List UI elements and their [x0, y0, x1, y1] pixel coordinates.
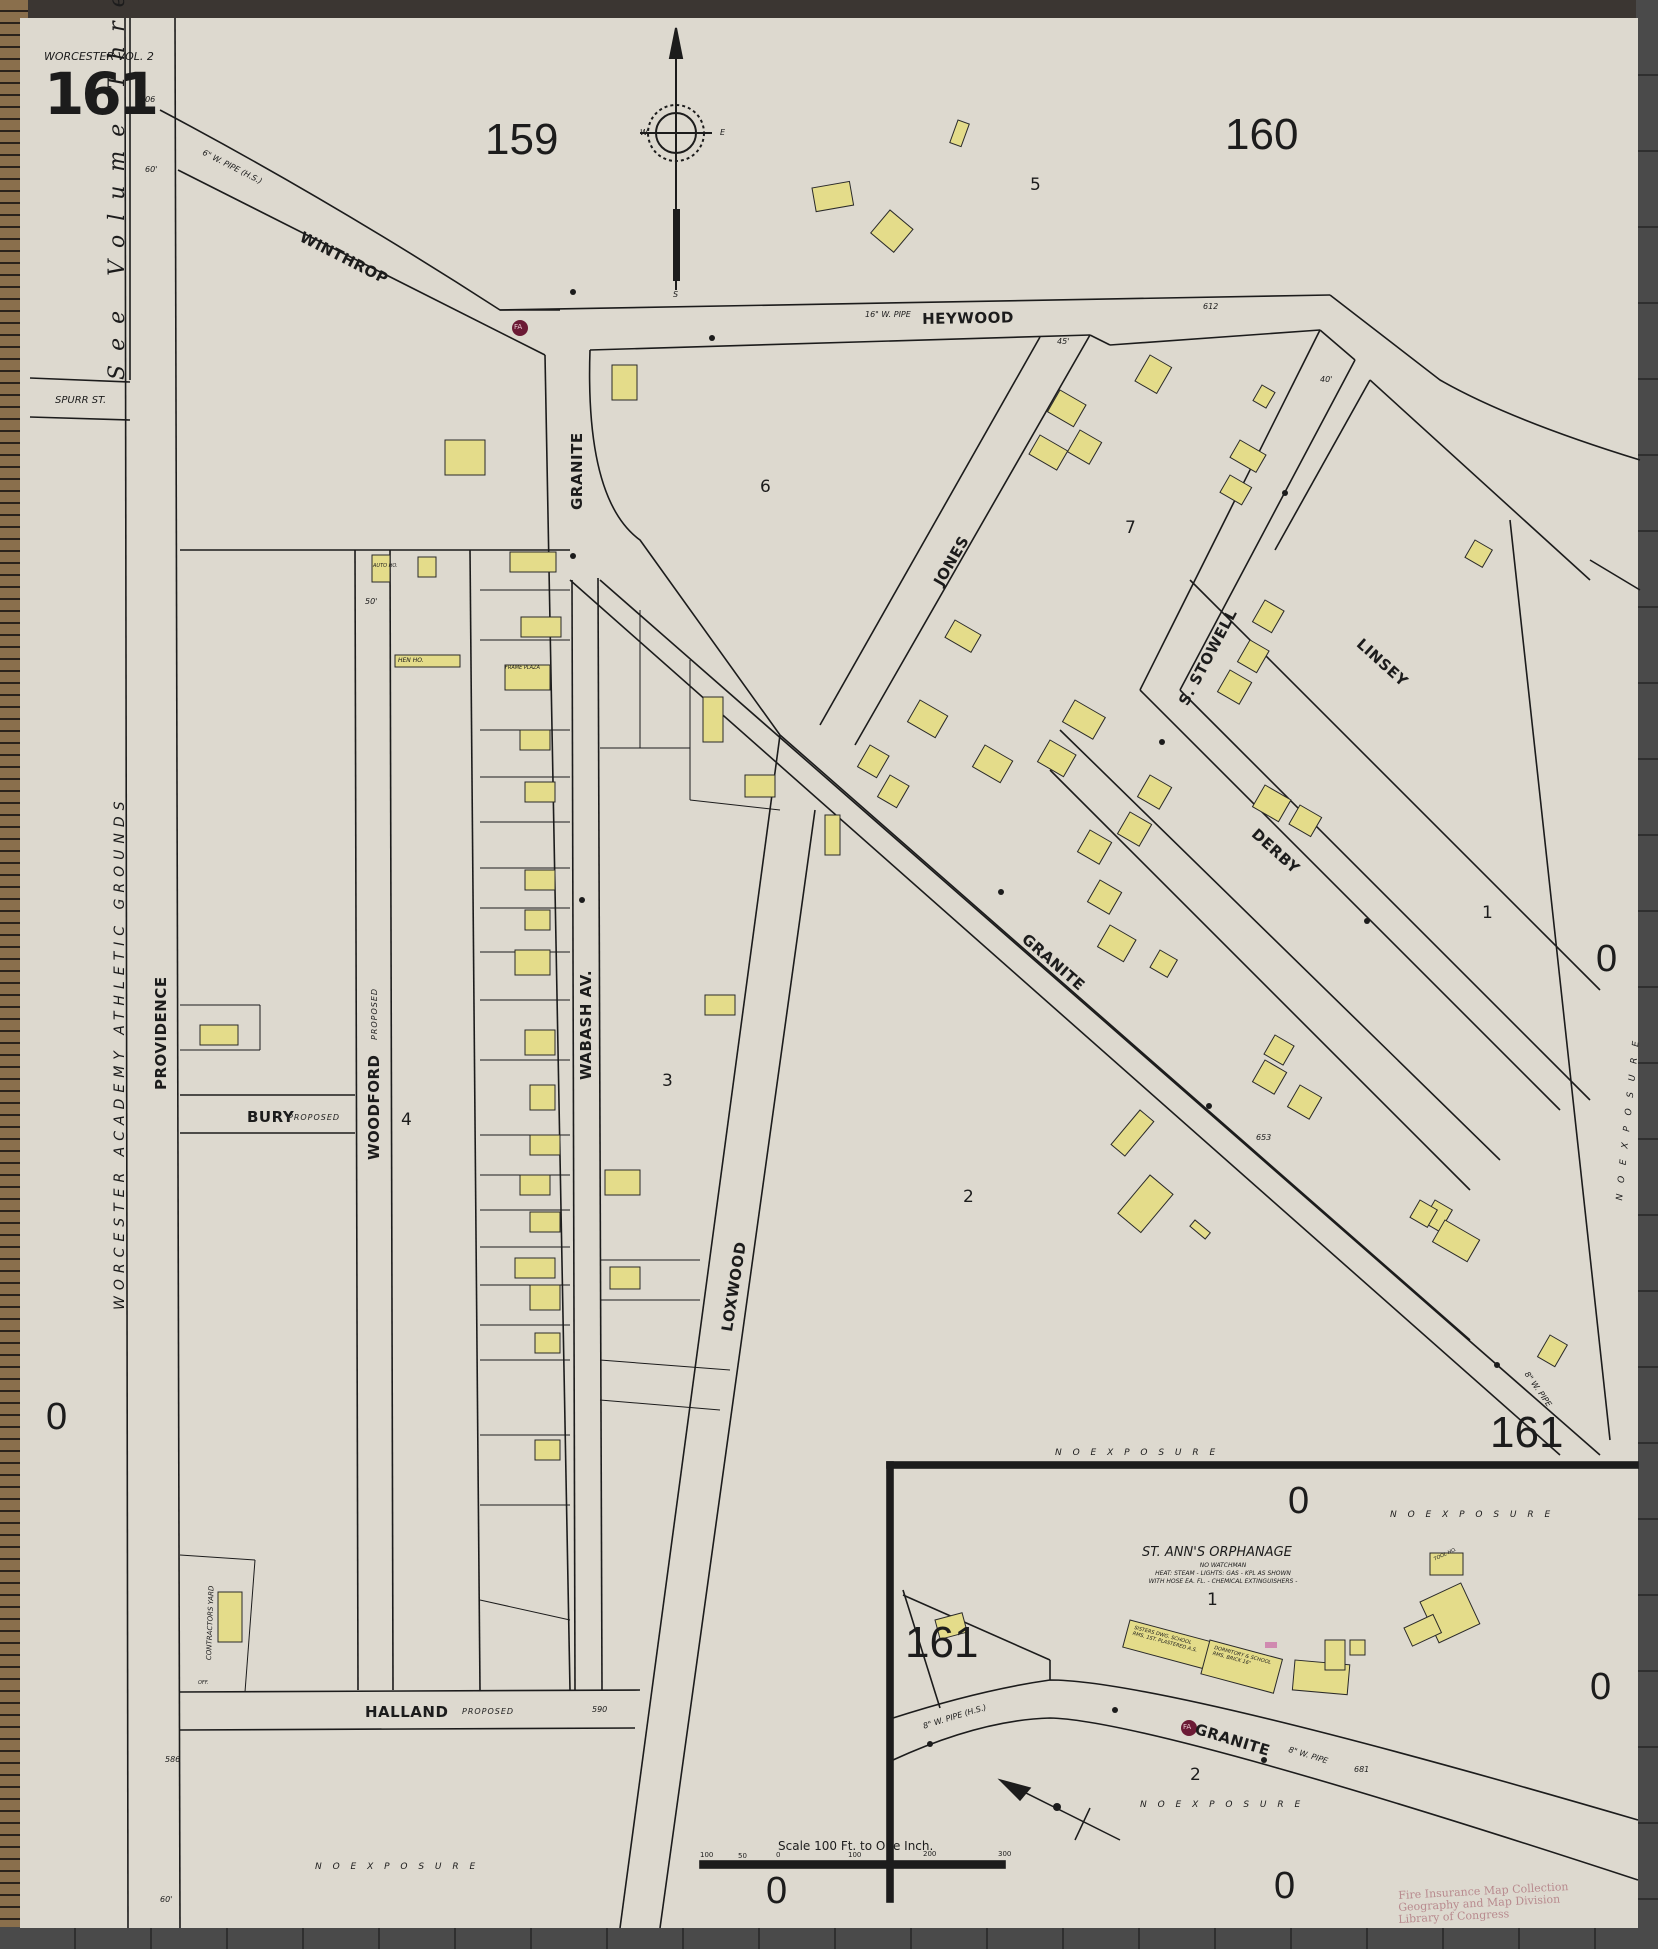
fire-alarm-box-icon: FA	[514, 323, 522, 331]
block-1: 1	[1482, 903, 1493, 923]
building-label-auto-house: AUTO HO.	[373, 563, 398, 569]
scale-tick: 100	[848, 1851, 861, 1859]
scale-tick: 100	[700, 1851, 713, 1859]
compass-south: S	[673, 290, 678, 299]
frontage-measurement: 60'	[160, 1895, 172, 1904]
frontage-measurement: 45'	[1057, 337, 1069, 346]
street-granite-north: GRANITE	[568, 432, 586, 510]
street-wabash-av: WABASH AV.	[577, 970, 595, 1080]
elevation-marker: 653	[1256, 1133, 1271, 1142]
building-label-frame-plaza: FRAME PLAZA	[505, 665, 540, 671]
halland-proposed-note: PROPOSED	[462, 1707, 514, 1716]
scale-tick: 200	[923, 1850, 936, 1858]
inset-block-2: 2	[1190, 1765, 1201, 1785]
see-volume-note: See Volume Three	[105, 0, 130, 380]
orphanage-title: ST. ANN'S ORPHANAGE	[1142, 1545, 1292, 1560]
fire-alarm-box-inset-icon: FA	[1183, 1723, 1191, 1731]
map-linework	[0, 0, 1658, 1949]
block-5: 5	[1030, 175, 1041, 195]
page-number: 161	[44, 60, 156, 128]
athletic-grounds-label: WORCESTER ACADEMY ATHLETIC GROUNDS	[112, 796, 128, 1310]
pipe-heywood: 16" W. PIPE	[865, 310, 911, 319]
scale-tick: 50	[738, 1852, 747, 1860]
street-halland: HALLAND	[365, 1703, 448, 1721]
orphanage-note-watchman: NO WATCHMAN	[1148, 1562, 1298, 1570]
block-7: 7	[1125, 518, 1136, 538]
compass-east: E	[720, 128, 725, 137]
adjoining-page-159[interactable]: 159	[485, 115, 558, 165]
exposure-zero-left: 0	[46, 1396, 67, 1439]
adjoining-page-161-bottom[interactable]: 161	[1490, 1408, 1563, 1458]
compass-rose-icon	[640, 28, 712, 290]
street-heywood: HEYWOOD	[922, 308, 1014, 328]
inset-page-161[interactable]: 161	[905, 1618, 978, 1668]
street-providence: PROVIDENCE	[152, 976, 170, 1090]
exposure-zero-bottom: 0	[766, 1870, 787, 1913]
no-exposure-inset: N O E X P O S U R E	[1390, 1510, 1554, 1520]
exposure-zero-inset-top: 0	[1288, 1480, 1309, 1523]
bury-proposed-note: PROPOSED	[288, 1113, 340, 1122]
inset-block-1: 1	[1207, 1590, 1218, 1610]
elevation-marker: 606	[140, 95, 155, 104]
elevation-marker: 586	[165, 1755, 180, 1764]
elevation-marker: 612	[1203, 302, 1218, 311]
scale-tick: 0	[776, 1851, 780, 1859]
frontage-measurement: 60'	[145, 165, 157, 174]
building-label-hen-house: HEN HO.	[398, 657, 424, 664]
no-exposure-bottom-left: N O E X P O S U R E	[315, 1862, 479, 1872]
orphanage-note-hose: WITH HOSE EA. FL. - CHEMICAL EXTINGUISHE…	[1148, 1578, 1298, 1586]
compass-west: W	[640, 128, 648, 137]
exposure-zero-right: 0	[1596, 938, 1617, 981]
scale-tick: 300	[998, 1850, 1011, 1858]
block-3: 3	[662, 1071, 673, 1091]
block-6: 6	[760, 477, 771, 497]
frontage-measurement: 40'	[1320, 375, 1332, 384]
elevation-marker: 681	[1354, 1765, 1369, 1774]
office-label: OFF.	[198, 1680, 209, 1686]
adjoining-page-160[interactable]: 160	[1225, 110, 1298, 160]
frontage-measurement: 50'	[365, 597, 377, 606]
exposure-zero-inset-right: 0	[1590, 1666, 1611, 1709]
no-exposure-top-inset: N O E X P O S U R E	[1055, 1448, 1219, 1458]
no-exposure-inset-bottom: N O E X P O S U R E	[1140, 1800, 1304, 1810]
block-2: 2	[963, 1187, 974, 1207]
street-spurr: SPURR ST.	[55, 395, 106, 406]
orphanage-note-heat: HEAT: STEAM - LIGHTS: GAS - KPL AS SHOWN	[1148, 1570, 1298, 1578]
block-4: 4	[401, 1110, 412, 1130]
elevation-marker: 590	[592, 1705, 607, 1714]
exposure-zero-inset-bottom: 0	[1274, 1865, 1295, 1908]
street-woodford: WOODFORD	[365, 1055, 383, 1161]
woodford-proposed-note: PROPOSED	[370, 988, 379, 1040]
